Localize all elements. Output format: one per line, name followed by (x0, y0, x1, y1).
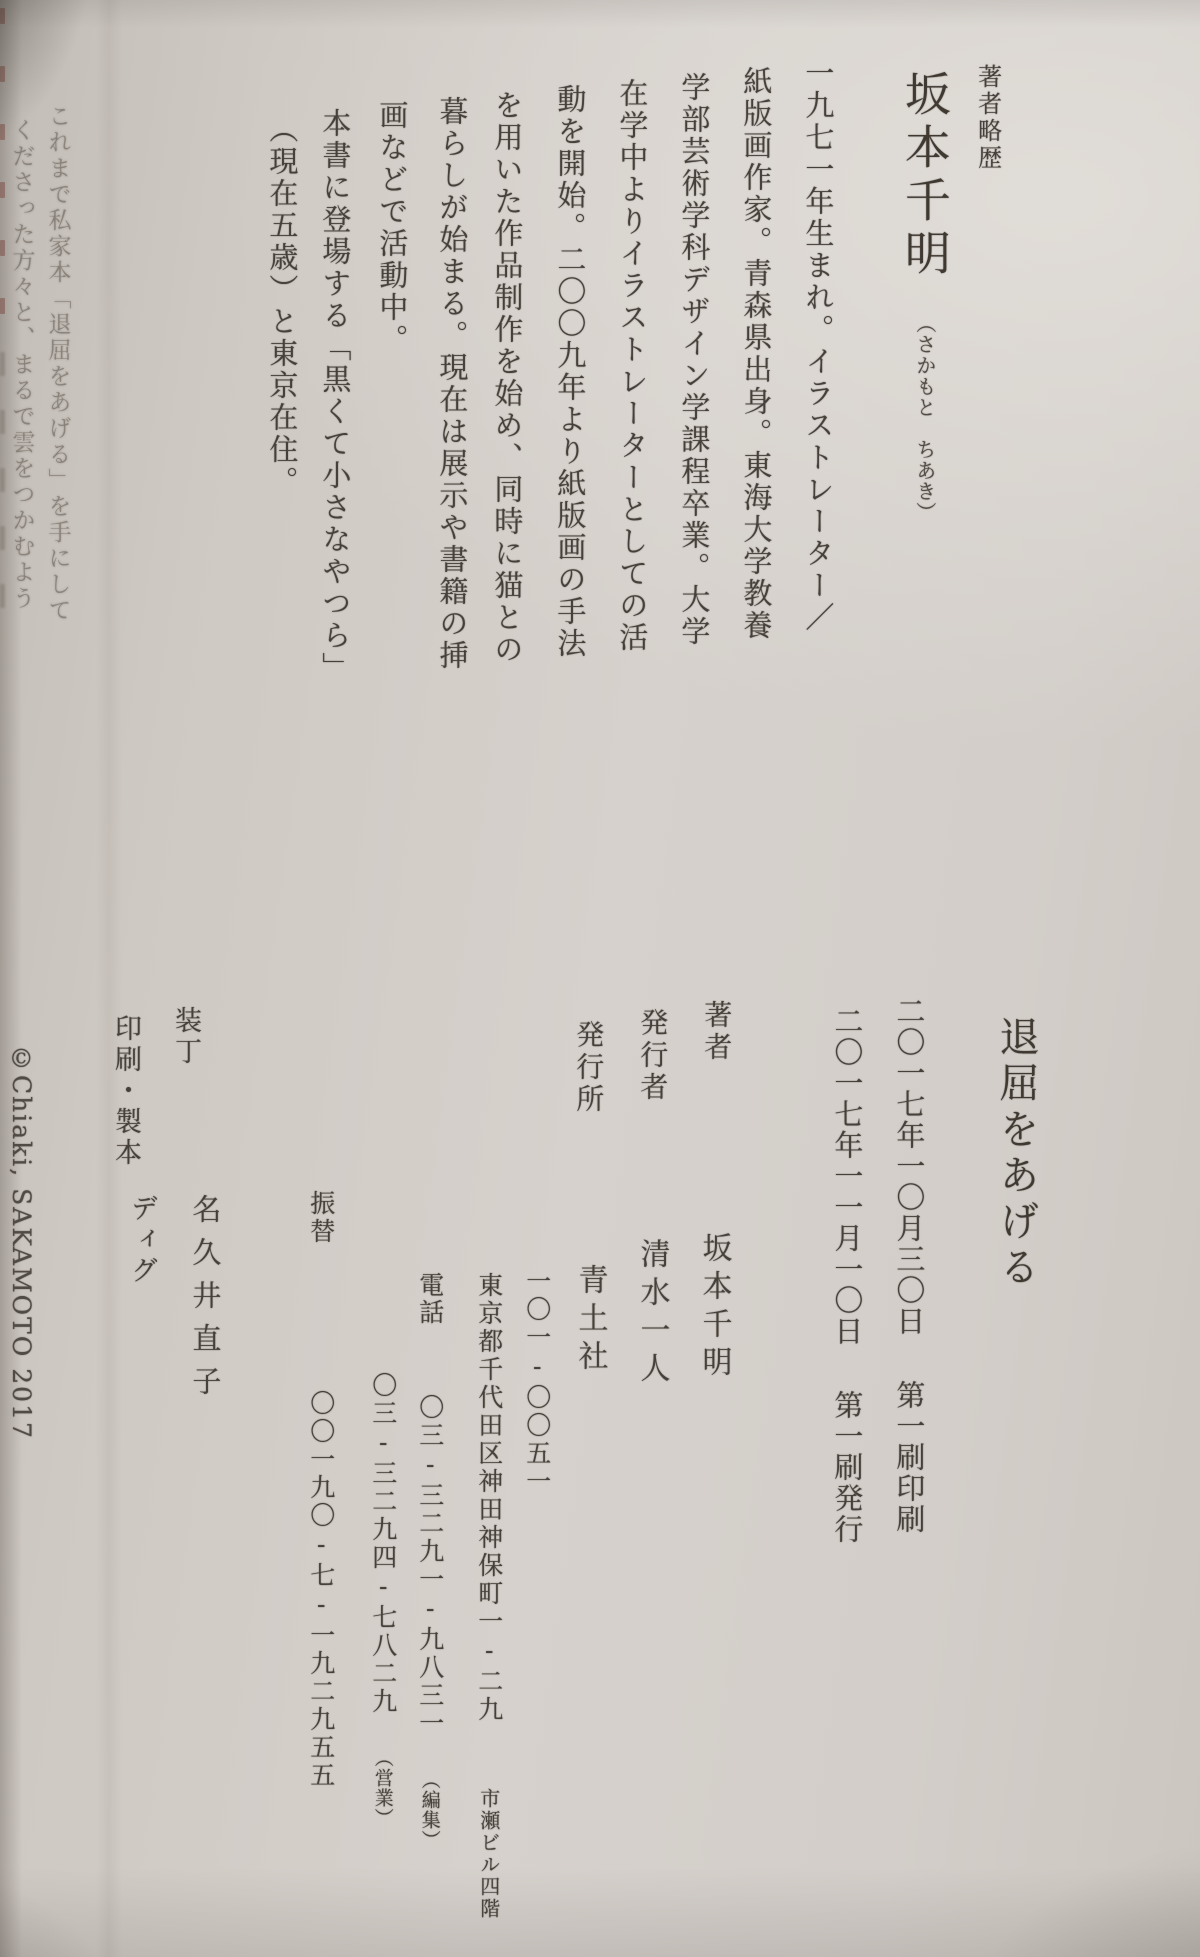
page-curve-shading (96, 0, 122, 1957)
facing-page-ghost-line: これまで私家本「退屈をあげる」を手にして (44, 104, 70, 624)
bio-line: を用いた作品制作を始め、同時に猫との (490, 90, 523, 666)
bio-section-header: 著者略歴 (973, 64, 1001, 172)
transfer-number: 〇〇一九〇-七-一九二九五五 (307, 1390, 336, 1790)
phone-editorial-column: 電話 〇三-三二九一-九八三一 （編集） (415, 1272, 444, 1850)
bio-line: 紙版画作家。青森県出身。東海大学教養 (739, 66, 772, 642)
phone-label: 電話 (416, 1272, 445, 1326)
phone-sales-number: 〇三-三二九四-七八二九 (369, 1372, 398, 1716)
bio-line: （現在五歳）と東京在住。 (265, 114, 298, 498)
author-name-reading: （さかもと ちあき） (913, 313, 937, 523)
printing-date-column: 二〇一七年一〇月三〇日 第一刷印刷 (892, 996, 925, 1535)
bio-line: 動を開始。二〇〇九年より紙版画の手法 (553, 84, 586, 660)
photo-vignette-overlay (0, 0, 1200, 1957)
issue-date-column: 二〇一七年一一月一〇日 第一刷発行 (830, 1006, 863, 1545)
transfer-label: 振替 (307, 1190, 336, 1246)
printing-label: 第一刷印刷 (892, 1380, 926, 1535)
bio-line: 暮らしが始まる。現在は展示や書籍の挿 (435, 96, 468, 672)
design-label: 装丁 (170, 1006, 201, 1068)
publisher-person-value: 清水一人 (634, 1238, 669, 1390)
author-value: 坂本千明 (696, 1232, 731, 1384)
bio-line: 本書に登場する「黒くて小さなやつら」 (318, 108, 351, 684)
phone-editorial-note: （編集） (419, 1770, 441, 1850)
phone-editorial-number: 〇三-三二九一-九八三一 (416, 1394, 445, 1738)
publisher-address-column: 東京都千代田区神田神保町一-二九 市瀬ビル四階 (474, 1272, 503, 1920)
bio-line: 画などで活動中。 (375, 100, 408, 356)
author-name-column: 坂本千明 （さかもと ちあき） (898, 70, 951, 523)
postal-code: 一〇一-〇〇五一 (522, 1268, 551, 1496)
author-label: 著者 (700, 1000, 732, 1064)
publisher-value: 青土社 (572, 1264, 607, 1378)
print-binding-label: 印刷・製本 (110, 1014, 141, 1169)
publisher-person-label: 発行者 (636, 1008, 668, 1104)
book-title: 退屈をあげる (993, 1016, 1039, 1292)
bio-line: 学部芸術学科デザイン学課程卒業。大学 (677, 72, 710, 648)
publisher-building: 市瀬ビル四階 (477, 1788, 501, 1920)
issue-date: 二〇一七年一一月一〇日 (830, 1006, 864, 1347)
facing-page-ghost-line: くださった方々と、まるで雲をつかむよう (8, 118, 34, 612)
printer-name: ディグ (126, 1194, 157, 1287)
bio-line: 在学中よりイラストレーターとしての活 (615, 78, 648, 654)
bio-line: 一九七一年生まれ。イラストレーター／ (801, 58, 834, 634)
author-name: 坂本千明 (898, 70, 952, 282)
printing-date: 二〇一七年一〇月三〇日 (892, 996, 926, 1337)
copyright-notice: ©Chiaki, SAKAMOTO 2017 (6, 1044, 35, 1440)
designer-name: 名久井直子 (188, 1194, 221, 1409)
issue-label: 第一刷発行 (830, 1390, 864, 1545)
phone-sales-note: （営業） (372, 1748, 394, 1828)
postal-transfer-column: 振替 〇〇一九〇-七-一九二九五五 (306, 1190, 335, 1790)
book-colophon-photo: 著者略歴 坂本千明 （さかもと ちあき） 一九七一年生まれ。イラストレーター／ … (0, 0, 1200, 1957)
publisher-label: 発行所 (572, 1020, 604, 1116)
phone-sales-column: 〇三-三二九四-七八二九 （営業） (368, 1372, 397, 1828)
publisher-address: 東京都千代田区神田神保町一-二九 (475, 1272, 504, 1724)
